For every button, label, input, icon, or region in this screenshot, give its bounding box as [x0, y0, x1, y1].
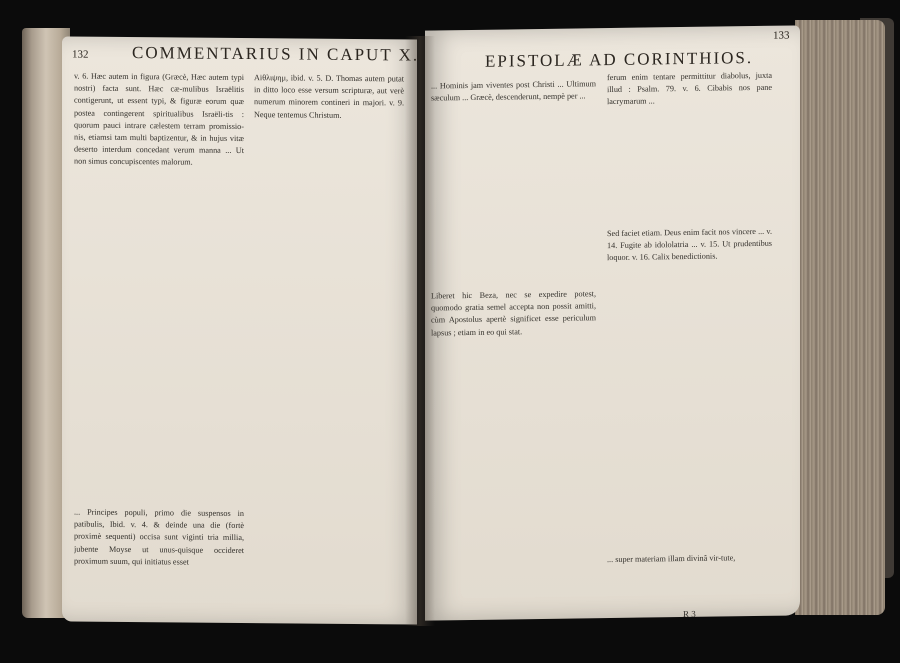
- right-page: EPISTOLÆ AD CORINTHIOS. 133 ... Hominis …: [425, 25, 800, 620]
- column-text: ferum enim tentare permittitur diabolus,…: [607, 70, 772, 109]
- column-text: Liberet hic Beza, nec se expedire potest…: [431, 288, 596, 339]
- right-column-1-mid: Liberet hic Beza, nec se expedire potest…: [431, 288, 596, 590]
- column-text: ... Hominis jam viventes post Christi ..…: [431, 78, 596, 105]
- right-column-2-end: ... super materiam illam divinâ vir-tute…: [607, 552, 772, 584]
- right-column-1: ... Hominis jam viventes post Christi ..…: [431, 78, 596, 280]
- right-column-2: ferum enim tentare permittitur diabolus,…: [607, 70, 772, 222]
- left-column-1: v. 6. Hæc autem in figura (Græcè, Hæc au…: [74, 71, 244, 492]
- left-column-2: Aiθλιψημ, ibid. v. 5. D. Thomas autem pu…: [254, 72, 404, 593]
- left-page-number: 132: [72, 49, 89, 61]
- right-page-edges: [795, 20, 885, 615]
- signature-mark: R 3: [683, 609, 696, 619]
- column-text: ... super materiam illam divinâ vir-tute…: [607, 552, 772, 567]
- left-running-title: COMMENTARIUS IN CAPUT X.: [132, 43, 419, 66]
- column-text: Sed faciet etiam. Deus enim facit nos vi…: [607, 226, 772, 265]
- right-running-title: EPISTOLÆ AD CORINTHIOS.: [485, 48, 753, 72]
- column-text: ... Principes populi, primo die suspenso…: [74, 507, 244, 569]
- left-column-1-end: ... Principes populi, primo die suspenso…: [74, 507, 244, 598]
- column-text: Aiθλιψημ, ibid. v. 5. D. Thomas autem pu…: [254, 72, 404, 122]
- left-page: 132 COMMENTARIUS IN CAPUT X. v. 6. Hæc a…: [62, 36, 417, 624]
- book-gutter: [405, 36, 435, 626]
- book-photo: 132 COMMENTARIUS IN CAPUT X. v. 6. Hæc a…: [0, 0, 900, 663]
- right-column-2-mid: Sed faciet etiam. Deus enim facit nos vi…: [607, 226, 772, 548]
- right-page-number: 133: [773, 30, 790, 42]
- column-text: v. 6. Hæc autem in figura (Græcè, Hæc au…: [74, 71, 244, 170]
